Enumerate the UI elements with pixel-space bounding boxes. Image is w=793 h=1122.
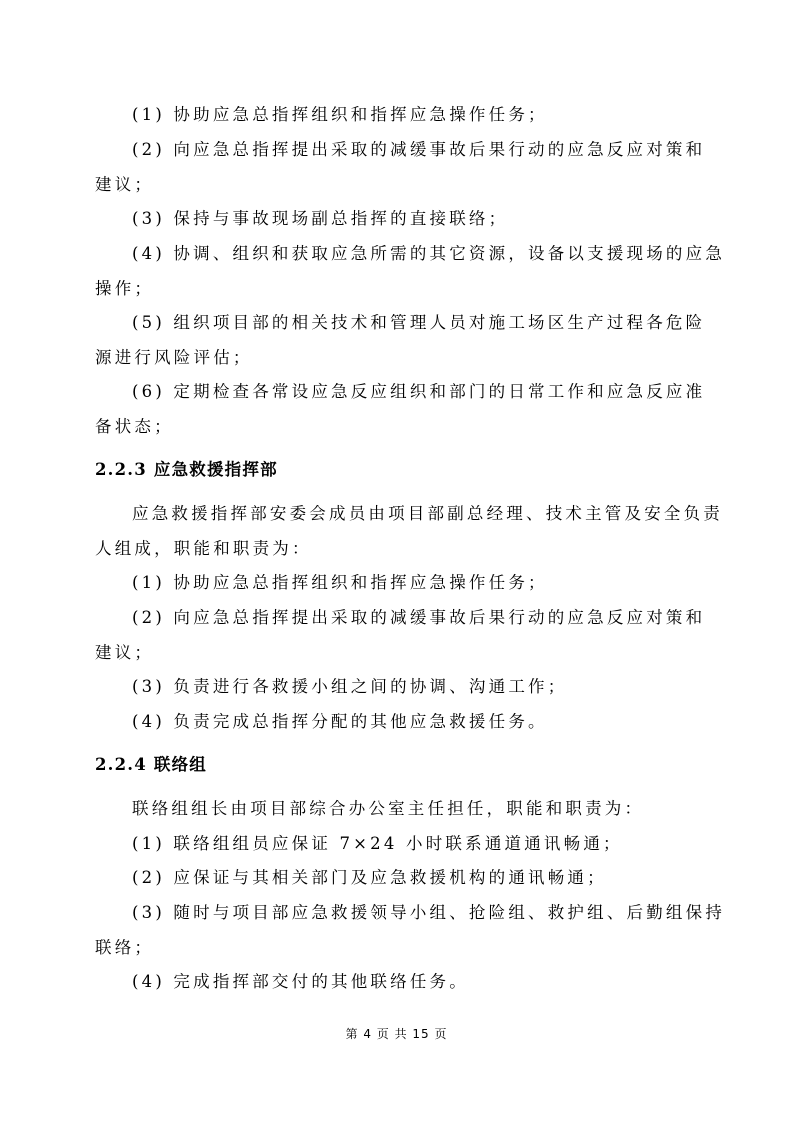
list-item: (3) 负责进行各救援小组之间的协调、沟通工作； [132, 677, 567, 697]
section-heading: 2.2.3 应急救援指挥部 [95, 460, 278, 480]
list-item: (2) 向应急总指挥提出采取的减缓事故后果行动的应急反应对策和 [132, 140, 705, 160]
paragraph-continuation: 人组成，职能和职责为： [95, 539, 312, 559]
paragraph-continuation: 备状态； [95, 417, 174, 437]
paragraph: 联络组组长由项目部综合办公室主任担任，职能和职责为： [132, 799, 644, 819]
list-item: (3) 保持与事故现场副总指挥的直接联络； [132, 209, 508, 229]
list-item: (3) 随时与项目部应急救援领导小组、抢险组、救护组、后勤组保持 [132, 903, 725, 923]
list-item: (5) 组织项目部的相关技术和管理人员对施工场区生产过程各危险 [132, 313, 705, 333]
paragraph-continuation: 建议； [95, 643, 154, 663]
list-item: (1) 协助应急总指挥组织和指挥应急操作任务； [132, 105, 548, 125]
paragraph: 应急救援指挥部安委会成员由项目部副总经理、技术主管及安全负责 [132, 504, 723, 524]
list-item: (4) 协调、组织和获取应急所需的其它资源，设备以支援现场的应急 [132, 244, 725, 264]
paragraph-continuation: 建议； [95, 175, 154, 195]
paragraph-continuation: 源进行风险评估； [95, 348, 253, 368]
list-item: (1) 协助应急总指挥组织和指挥应急操作任务； [132, 573, 548, 593]
list-item: (2) 应保证与其相关部门及应急救援机构的通讯畅通； [132, 868, 607, 888]
section-heading: 2.2.4 联络组 [95, 755, 207, 775]
list-item: (4) 完成指挥部交付的其他联络任务。 [132, 972, 469, 992]
list-item: (2) 向应急总指挥提出采取的减缓事故后果行动的应急反应对策和 [132, 608, 705, 628]
page-number-footer: 第 4 页 共 15 页 [0, 1025, 793, 1042]
paragraph-continuation: 联络； [95, 938, 154, 958]
list-item: (1) 联络组组员应保证 7×24 小时联系通道通讯畅通； [132, 834, 623, 854]
list-item: (6) 定期检查各常设应急反应组织和部门的日常工作和应急反应准 [132, 382, 705, 402]
list-item: (4) 负责完成总指挥分配的其他应急救援任务。 [132, 712, 548, 732]
paragraph-continuation: 操作； [95, 279, 154, 299]
